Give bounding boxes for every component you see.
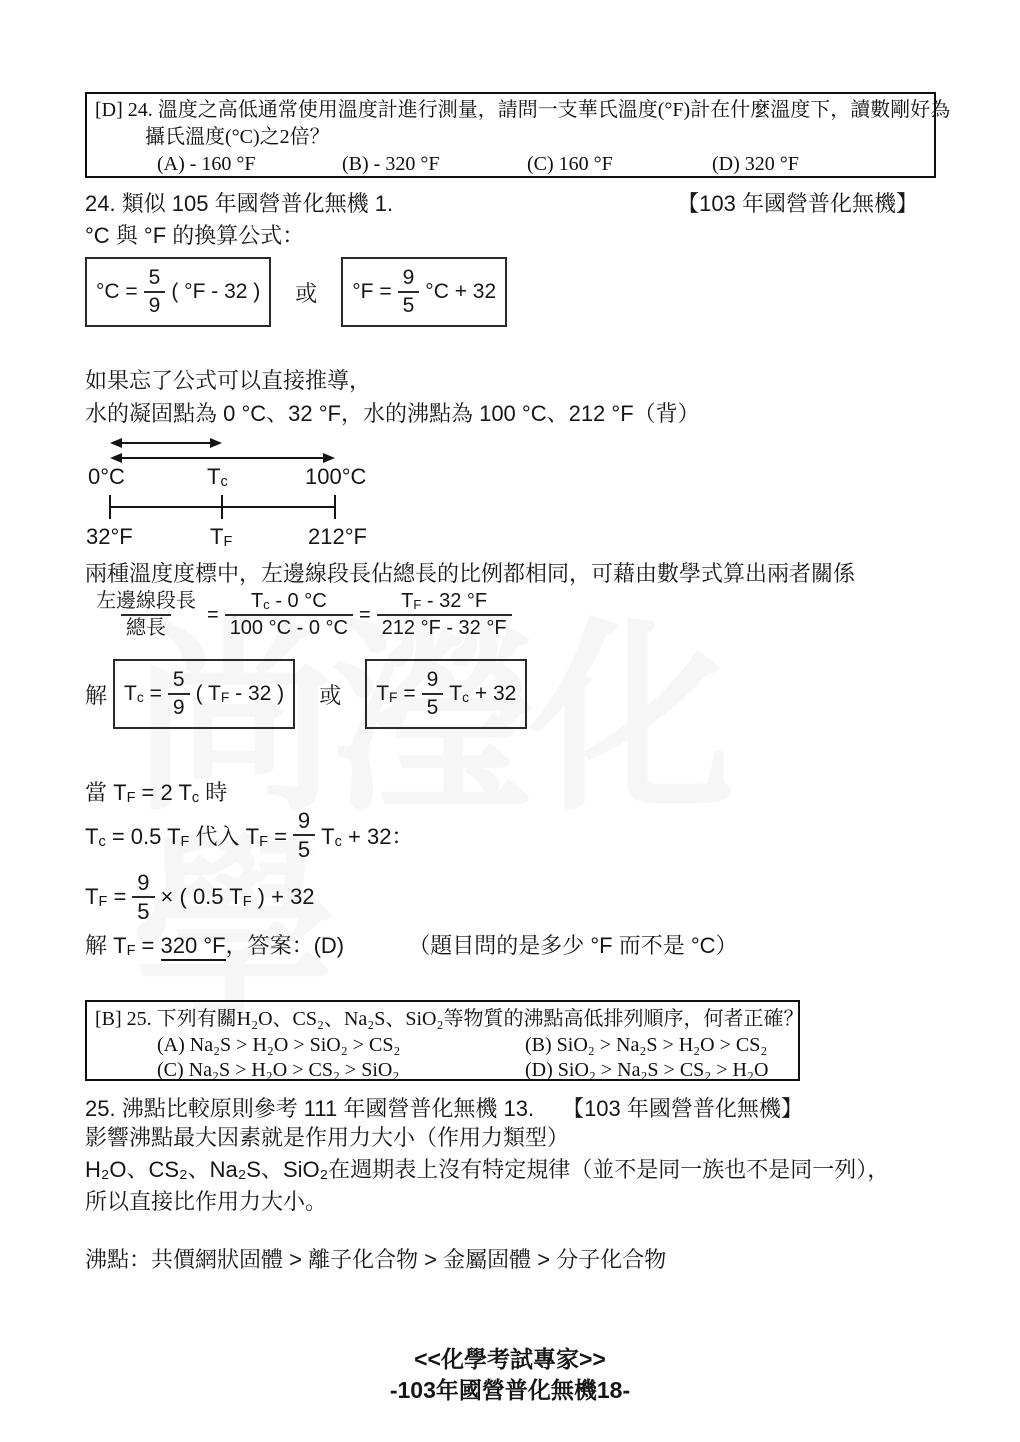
- question-25-box: [B] 25. 下列有關H₂O、CS₂、Na₂S、SiO₂等物質的沸點高低排列順…: [85, 1000, 800, 1081]
- equals-sign: =: [207, 604, 219, 627]
- q24-option-b: (B) - 320 °F: [342, 151, 527, 178]
- footer-brand: <<化學考試專家>>: [0, 1341, 1020, 1374]
- q25-answer-tag: [B]: [95, 1008, 122, 1030]
- ratio-fraction-fahrenheit: TF - 32 °F 212 °F - 32 °F: [377, 590, 512, 640]
- question-24-box: [D] 24. 溫度之高低通常使用溫度計進行測量，請問一支華氏溫度(°F)計在什…: [85, 92, 936, 178]
- ratio-f2-den: 100 °C - 0 °C: [225, 614, 353, 640]
- label-tf: TF: [210, 524, 232, 550]
- answer-pre: 解 TF =: [85, 933, 154, 958]
- formula-c-rhs: ( °F - 32 ): [171, 280, 260, 304]
- answer-post: ，答案：(D): [226, 933, 345, 958]
- or-label: 或: [295, 277, 317, 308]
- fraction-numerator: 9: [132, 870, 154, 896]
- formula-box-fahrenheit: °F = 9 5 °C + 32: [341, 257, 507, 327]
- fraction-9-5: 9 5: [132, 870, 154, 925]
- sol25-line3: 所以直接比作用力大小。: [85, 1187, 327, 1217]
- q24-option-d: (D) 320 °F: [712, 151, 926, 178]
- fraction-denominator: 5: [398, 291, 420, 318]
- fraction-numerator: 5: [144, 266, 166, 291]
- expansion-line: TF = 9 5 × ( 0.5 TF ) + 32: [85, 870, 315, 925]
- q24-stem-row1: [D] 24. 溫度之高低通常使用溫度計進行測量，請問一支華氏溫度(°F)計在什…: [95, 97, 926, 124]
- sol25-heading: 25. 沸點比較原則參考 111 年國營普化無機 13.: [85, 1092, 534, 1123]
- ratio-f3-num: TF - 32 °F: [396, 590, 492, 614]
- label-tc: Tc: [207, 464, 228, 490]
- ratio-f1-den: 總長: [121, 614, 171, 640]
- subst-post: Tc + 32：: [321, 820, 413, 851]
- fraction-9-5: 9 5: [293, 808, 315, 863]
- q24-stem-line1: 溫度之高低通常使用溫度計進行測量，請問一支華氏溫度(°F)計在什麼溫度下，讀數剛…: [158, 99, 950, 121]
- fraction-numerator: 9: [398, 266, 420, 291]
- fraction-denominator: 9: [168, 693, 190, 720]
- q25-option-a: (A) Na₂S > H₂O > SiO₂ > CS₂: [157, 1033, 525, 1058]
- fraction-denominator: 9: [144, 291, 166, 318]
- q25-option-c: (C) Na₂S > H₂O > CS₂ > SiO₂: [157, 1058, 525, 1083]
- ratio-f2-num: Tc - 0 °C: [246, 590, 332, 614]
- q24-stem-line2: 攝氏溫度(°C)之2倍？: [145, 124, 926, 151]
- sol24-heading: 24. 類似 105 年國營普化無機 1.: [85, 187, 393, 218]
- fraction-5-9: 5 9: [144, 266, 166, 318]
- when-line: 當 TF = 2 Tc 時: [85, 778, 227, 808]
- answer-line: 解 TF = 320 °F，答案：(D) （題目問的是多少 °F 而不是 °C）: [85, 931, 738, 961]
- solved-box-fahrenheit: TF = 9 5 Tc + 32: [365, 659, 527, 729]
- footer-page-label: -103年國營普化無機18-: [0, 1372, 1020, 1405]
- solved-box-celsius: Tc = 5 9 ( TF - 32 ): [113, 659, 295, 729]
- label-0c: 0°C: [88, 464, 125, 490]
- answer-note: （題目問的是多少 °F 而不是 °C）: [408, 933, 737, 958]
- sol24-source: 【103 年國營普化無機】: [677, 187, 918, 218]
- derive-line1: 如果忘了公式可以直接推導，: [85, 366, 371, 396]
- fraction-numerator: 5: [168, 668, 190, 693]
- equals-sign: =: [359, 604, 371, 627]
- q24-option-a: (A) - 160 °F: [157, 151, 342, 178]
- q25-stem-row: [B] 25. 下列有關H₂O、CS₂、Na₂S、SiO₂等物質的沸點高低排列順…: [95, 1006, 790, 1033]
- fraction-denominator: 5: [422, 693, 444, 720]
- sol25-line2: H₂O、CS₂、Na₂S、SiO₂在週期表上沒有特定規律（並不是同一族也不是同一…: [85, 1155, 889, 1185]
- label-100c: 100°C: [305, 464, 366, 490]
- q25-options-grid: (A) Na₂S > H₂O > SiO₂ > CS₂ (B) SiO₂ > N…: [157, 1033, 790, 1083]
- derive-line2: 水的凝固點為 0 °C、32 °F，水的沸點為 100 °C、212 °F（背）: [85, 399, 700, 429]
- substitution-line: Tc = 0.5 TF 代入 TF = 9 5 Tc + 32：: [85, 808, 413, 863]
- formula-f-rhs: °C + 32: [425, 280, 496, 304]
- fraction-numerator: 9: [422, 668, 444, 693]
- solved-formula-row: 解 Tc = 5 9 ( TF - 32 ) 或 TF = 9 5 Tc + 3…: [85, 659, 527, 729]
- fraction-5-9: 5 9: [168, 668, 190, 720]
- q25-number: 25.: [127, 1008, 152, 1030]
- q24-options-row: (A) - 160 °F (B) - 320 °F (C) 160 °F (D)…: [157, 151, 926, 178]
- sol25-line1: 影響沸點最大因素就是作用力大小（作用力類型）: [85, 1123, 569, 1153]
- q24-number: 24.: [128, 99, 153, 121]
- or-label: 或: [319, 679, 341, 710]
- subst-pre: Tc = 0.5 TF 代入 TF =: [85, 820, 287, 851]
- answer-value-underlined: 320 °F: [161, 933, 226, 961]
- q24-answer-tag: [D]: [95, 99, 123, 121]
- label-212f: 212°F: [308, 524, 367, 550]
- fraction-numerator: 9: [293, 808, 315, 834]
- solved-f-lhs: TF =: [376, 682, 415, 706]
- ratio-equation: 左邊線段長 總長 = Tc - 0 °C 100 °C - 0 °C = TF …: [85, 590, 518, 640]
- sol25-source: 【103 年國營普化無機】: [562, 1092, 803, 1123]
- ratio-intro: 兩種溫度度標中，左邊線段長佔總長的比例都相同，可藉由數學式算出兩者關係: [85, 559, 855, 589]
- q25-option-d: (D) SiO₂ > Na₂S > CS₂ > H₂O: [525, 1058, 790, 1083]
- temperature-scale-diagram: 0°C Tc 100°C 32°F TF 212°F: [85, 436, 515, 560]
- fraction-9-5: 9 5: [398, 266, 420, 318]
- fraction-9-5: 9 5: [422, 668, 444, 720]
- sol24-intro: °C 與 °F 的換算公式：: [85, 221, 304, 251]
- q25-option-b: (B) SiO₂ > Na₂S > H₂O > CS₂: [525, 1033, 790, 1058]
- solved-c-rhs: ( TF - 32 ): [196, 682, 285, 706]
- ratio-f3-den: 212 °F - 32 °F: [377, 614, 512, 640]
- ratio-fraction-celsius: Tc - 0 °C 100 °C - 0 °C: [225, 590, 353, 640]
- formula-f-lhs: °F =: [352, 280, 391, 304]
- label-32f: 32°F: [86, 524, 133, 550]
- sol25-heading-row: 25. 沸點比較原則參考 111 年國營普化無機 13. 【103 年國營普化無…: [85, 1092, 803, 1123]
- fraction-denominator: 5: [293, 834, 315, 862]
- ratio-f1-num: 左邊線段長: [91, 590, 201, 614]
- solve-label: 解: [85, 679, 107, 710]
- formula-c-lhs: °C =: [96, 280, 138, 304]
- q25-stem: 下列有關H₂O、CS₂、Na₂S、SiO₂等物質的沸點高低排列順序，何者正確？: [157, 1008, 804, 1030]
- fraction-denominator: 5: [132, 896, 154, 924]
- solved-c-lhs: Tc =: [124, 682, 162, 706]
- sol25-line4: 沸點：共價網狀固體 > 離子化合物 > 金屬固體 > 分子化合物: [85, 1245, 666, 1275]
- expand-pre: TF =: [85, 884, 126, 910]
- sol24-heading-row: 24. 類似 105 年國營普化無機 1. 【103 年國營普化無機】: [85, 187, 918, 218]
- conversion-formula-row: °C = 5 9 ( °F - 32 ) 或 °F = 9 5 °C + 32: [85, 257, 507, 327]
- q24-option-c: (C) 160 °F: [527, 151, 712, 178]
- ratio-fraction-segment: 左邊線段長 總長: [91, 590, 201, 640]
- expand-post: × ( 0.5 TF ) + 32: [161, 884, 315, 910]
- document-page: 尚瀅化學 [D] 24. 溫度之高低通常使用溫度計進行測量，請問一支華氏溫度(°…: [0, 0, 1020, 1442]
- solved-f-rhs: Tc + 32: [449, 682, 516, 706]
- formula-box-celsius: °C = 5 9 ( °F - 32 ): [85, 257, 271, 327]
- scale-lines-graphic: [85, 436, 515, 560]
